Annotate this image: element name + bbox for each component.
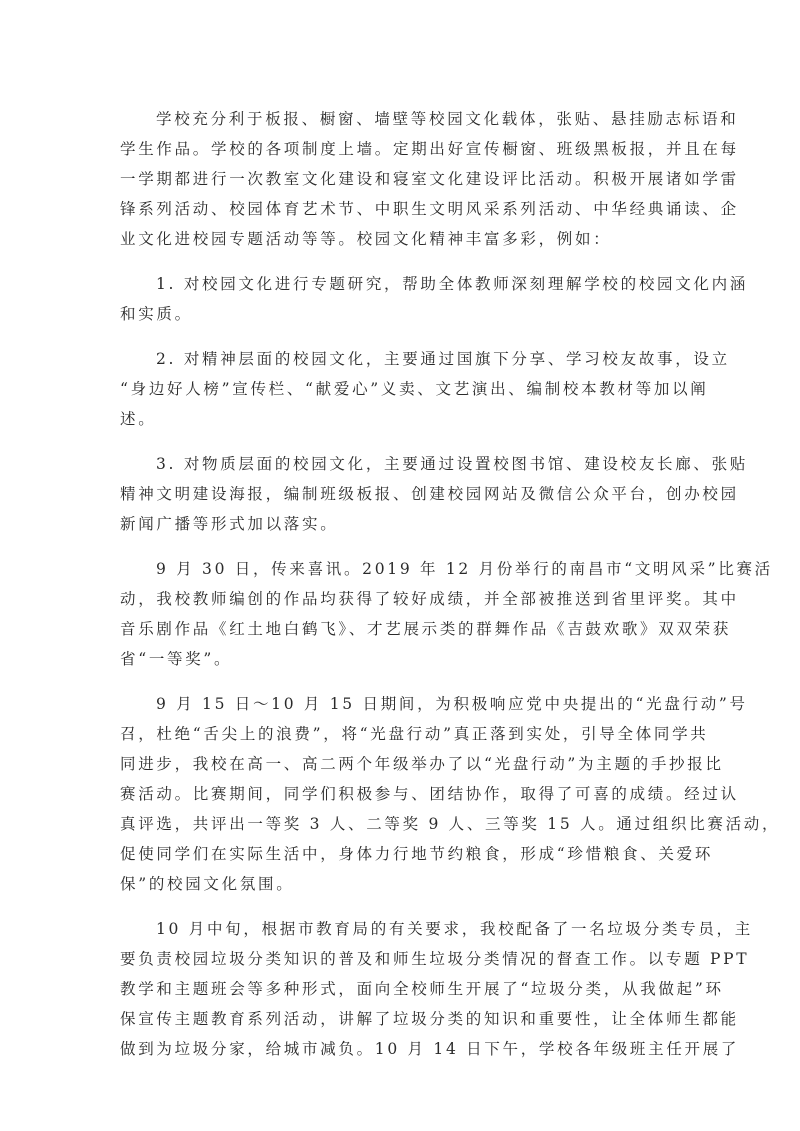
text-line: 动，我校教师编创的作品均获得了较好成绩，并全部被推送到省里评奖。其中 <box>120 584 680 614</box>
text-line: 省“一等奖”。 <box>120 644 680 674</box>
text-line: 9 月 30 日，传来喜讯。2019 年 12 月份举行的南昌市“文明风采”比赛… <box>120 554 680 584</box>
text-line: 学校充分利于板报、橱窗、墙壁等校园文化载体，张贴、悬挂励志标语和 <box>120 104 680 134</box>
text-line: 2. 对精神层面的校园文化，主要通过国旗下分享、学习校友故事，设立 <box>120 344 680 374</box>
text-line: 和实质。 <box>120 299 680 329</box>
text-line: 做到为垃圾分家，给城市减负。10 月 14 日下午，学校各年级班主任开展了 <box>120 1034 680 1064</box>
text-line: 教学和主题班会等多种形式，面向全校师生开展了“垃圾分类，从我做起”环 <box>120 974 680 1004</box>
text-line: 述。 <box>120 404 680 434</box>
document-body: 学校充分利于板报、橱窗、墙壁等校园文化载体，张贴、悬挂励志标语和 学生作品。学校… <box>120 104 680 1079</box>
text-line: 要负责校园垃圾分类知识的普及和师生垃圾分类情况的督查工作。以专题 PPT <box>120 944 680 974</box>
paragraph-item-2: 2. 对精神层面的校园文化，主要通过国旗下分享、学习校友故事，设立 “身边好人榜… <box>120 344 680 434</box>
paragraph-award-news: 9 月 30 日，传来喜讯。2019 年 12 月份举行的南昌市“文明风采”比赛… <box>120 554 680 674</box>
text-line: 学生作品。学校的各项制度上墙。定期出好宣传橱窗、班级黑板报，并且在每 <box>120 134 680 164</box>
paragraph-item-1: 1. 对校园文化进行专题研究，帮助全体教师深刻理解学校的校园文化内涵 和实质。 <box>120 269 680 329</box>
text-line: 10 月中旬，根据市教育局的有关要求，我校配备了一名垃圾分类专员，主 <box>120 914 680 944</box>
text-line: 同进步，我校在高一、高二两个年级举办了以“光盘行动”为主题的手抄报比 <box>120 749 680 779</box>
text-line: 召，杜绝“舌尖上的浪费”，将“光盘行动”真正落到实处，引导全体同学共 <box>120 719 680 749</box>
text-line: 锋系列活动、校园体育艺术节、中职生文明风采系列活动、中华经典诵读、企 <box>120 194 680 224</box>
text-line: 一学期都进行一次教室文化建设和寝室文化建设评比活动。积极开展诸如学雷 <box>120 164 680 194</box>
text-line: 保宣传主题教育系列活动，讲解了垃圾分类的知识和重要性，让全体师生都能 <box>120 1004 680 1034</box>
paragraph-garbage-sorting: 10 月中旬，根据市教育局的有关要求，我校配备了一名垃圾分类专员，主 要负责校园… <box>120 914 680 1064</box>
text-line: 业文化进校园专题活动等等。校园文化精神丰富多彩，例如： <box>120 224 680 254</box>
text-line: 音乐剧作品《红土地白鹤飞》、才艺展示类的群舞作品《吉鼓欢歌》双双荣获 <box>120 614 680 644</box>
document-page: 学校充分利于板报、橱窗、墙壁等校园文化载体，张贴、悬挂励志标语和 学生作品。学校… <box>0 0 800 1131</box>
paragraph-clean-plate-campaign: 9 月 15 日～10 月 15 日期间，为积极响应党中央提出的“光盘行动”号 … <box>120 689 680 899</box>
paragraph-campus-culture-intro: 学校充分利于板报、橱窗、墙壁等校园文化载体，张贴、悬挂励志标语和 学生作品。学校… <box>120 104 680 254</box>
text-line: 保”的校园文化氛围。 <box>120 869 680 899</box>
text-line: 精神文明建设海报，编制班级板报、创建校园网站及微信公众平台，创办校园 <box>120 479 680 509</box>
text-line: 真评选，共评出一等奖 3 人、二等奖 9 人、三等奖 15 人。通过组织比赛活动… <box>120 809 680 839</box>
text-line: 赛活动。比赛期间，同学们积极参与、团结协作，取得了可喜的成绩。经过认 <box>120 779 680 809</box>
text-line: 促使同学们在实际生活中，身体力行地节约粮食，形成“珍惜粮食、关爱环 <box>120 839 680 869</box>
text-line: 9 月 15 日～10 月 15 日期间，为积极响应党中央提出的“光盘行动”号 <box>120 689 680 719</box>
text-line: 3. 对物质层面的校园文化，主要通过设置校图书馆、建设校友长廊、张贴 <box>120 449 680 479</box>
text-line: 1. 对校园文化进行专题研究，帮助全体教师深刻理解学校的校园文化内涵 <box>120 269 680 299</box>
text-line: 新闻广播等形式加以落实。 <box>120 509 680 539</box>
paragraph-item-3: 3. 对物质层面的校园文化，主要通过设置校图书馆、建设校友长廊、张贴 精神文明建… <box>120 449 680 539</box>
text-line: “身边好人榜”宣传栏、“献爱心”义卖、文艺演出、编制校本教材等加以阐 <box>120 374 680 404</box>
